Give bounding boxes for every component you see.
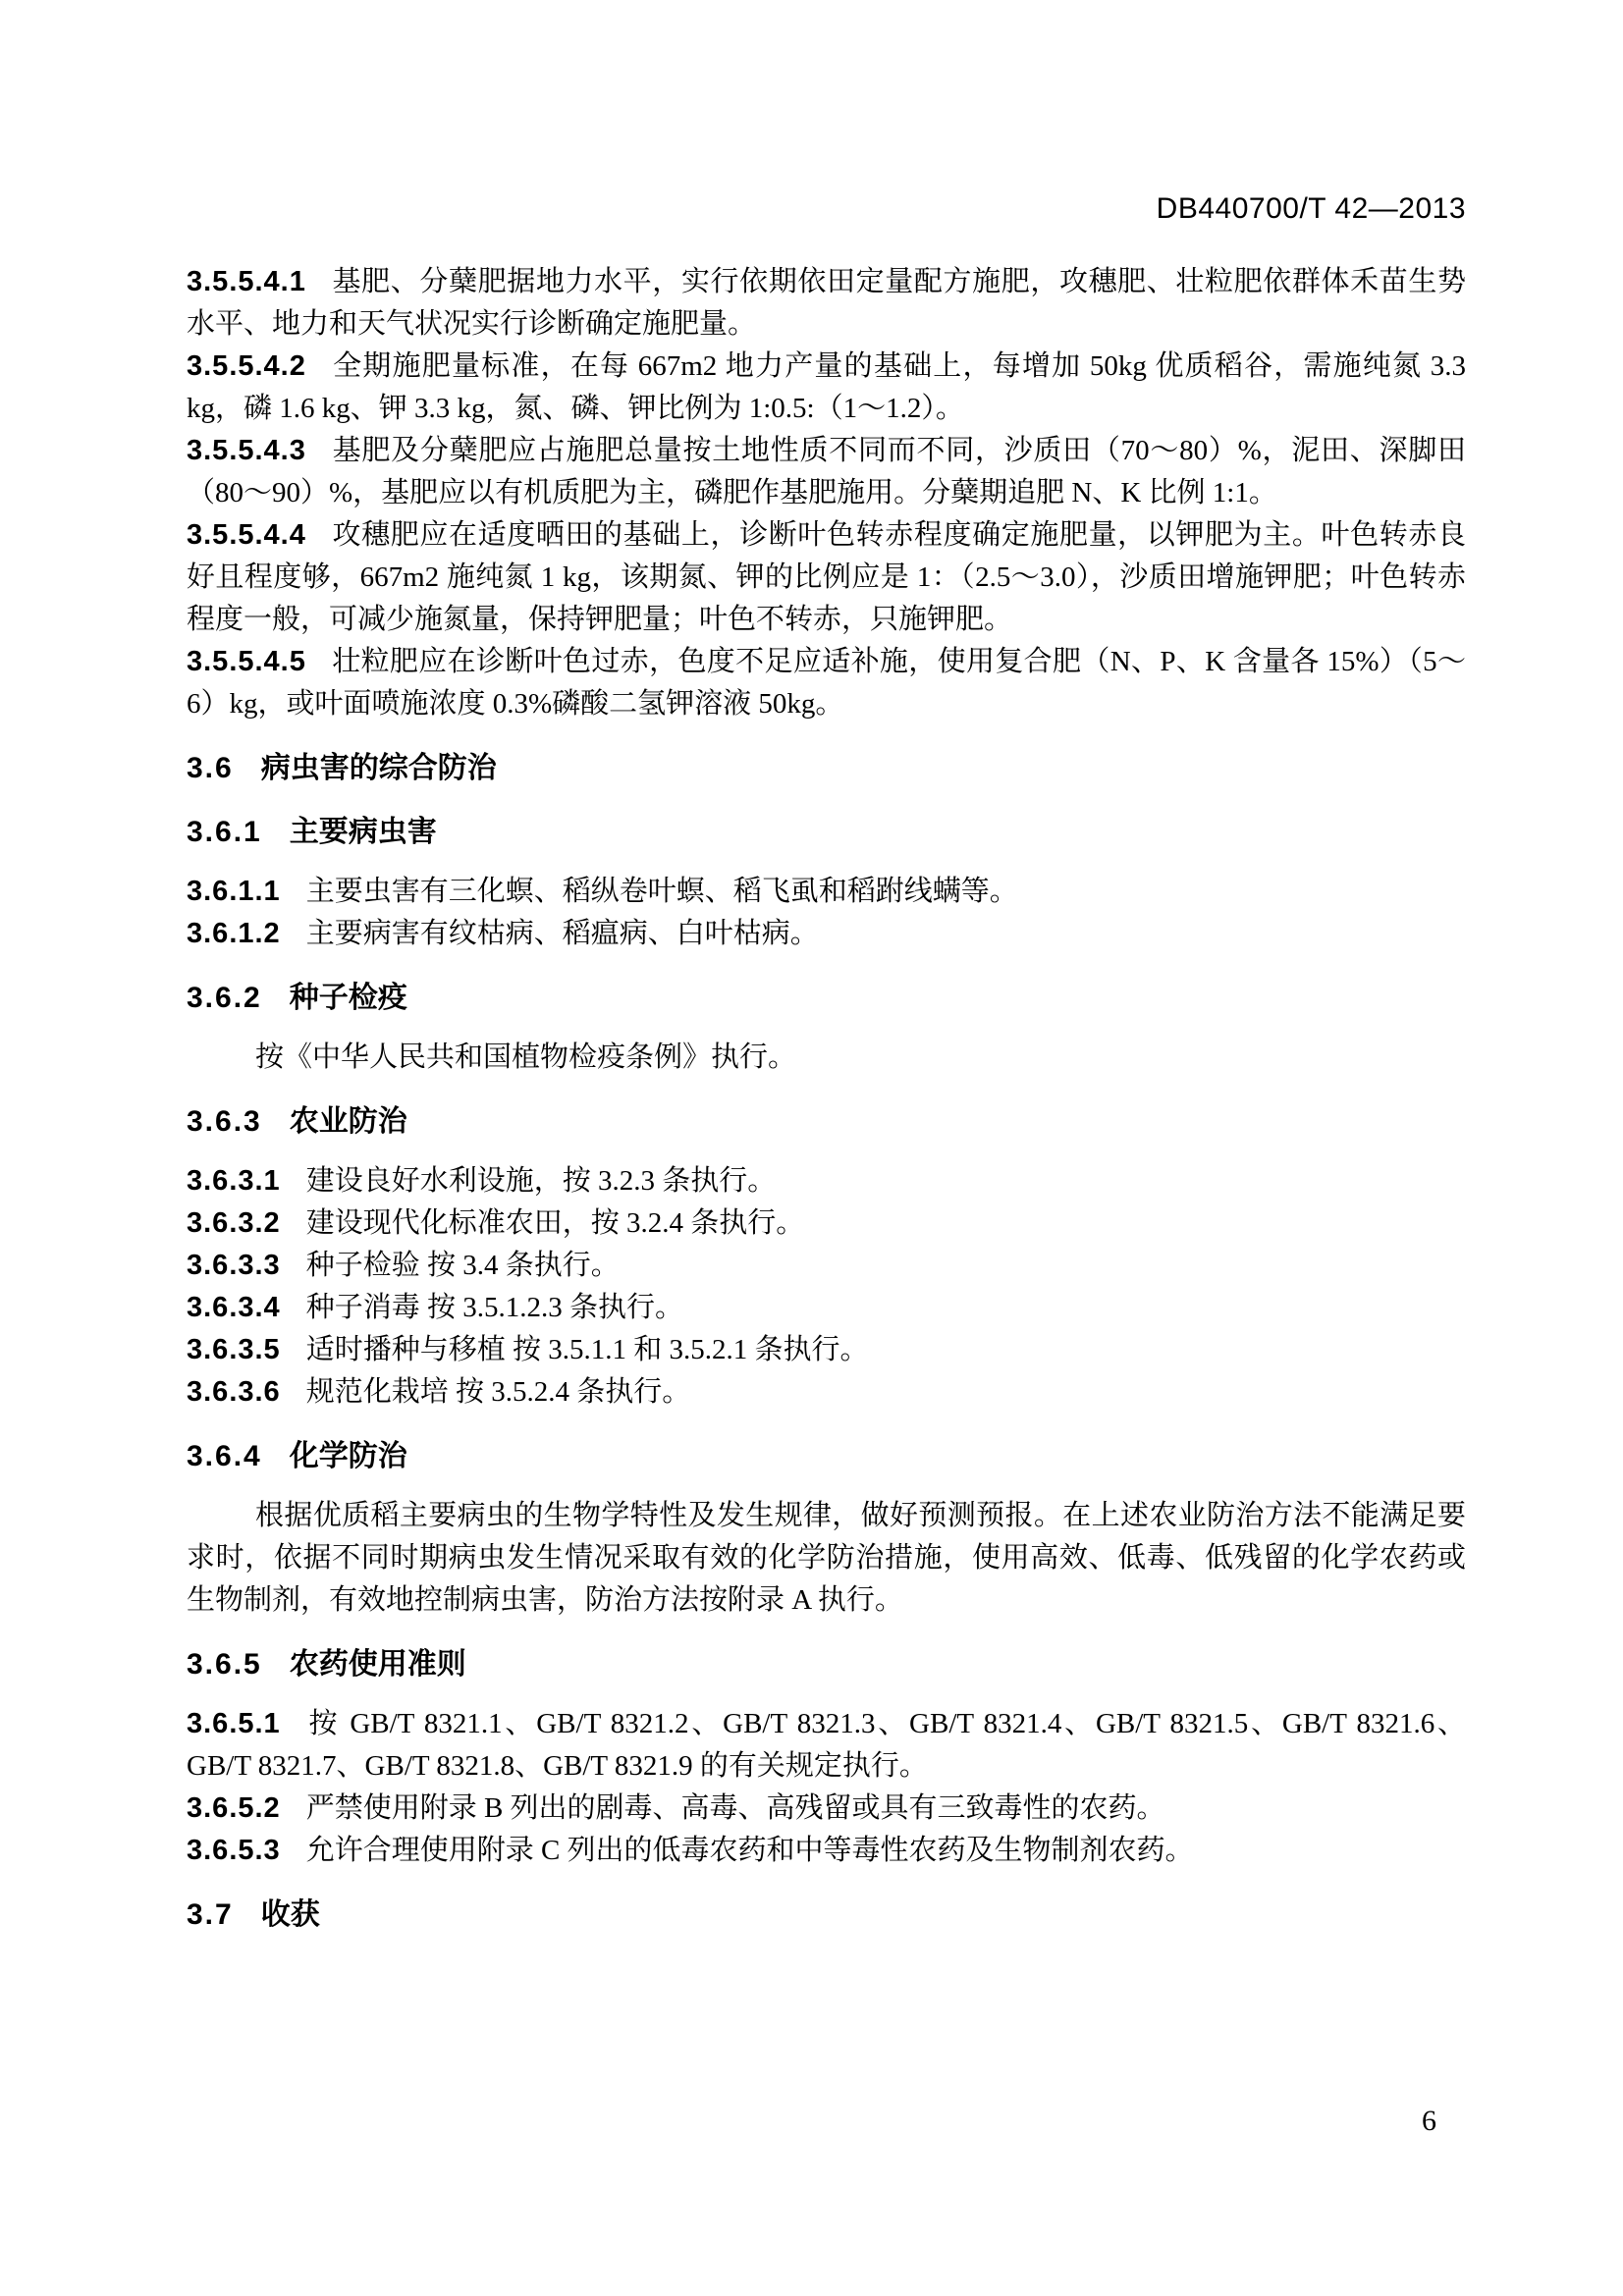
- clause-number: 3.6.3.2: [187, 1207, 281, 1239]
- clause-text: 主要虫害有三化螟、稻纵卷叶螟、稻飞虱和稻跗线螨等。: [306, 876, 1018, 907]
- clause-text: 壮粒肥应在诊断叶色过赤，色度不足应适补施，使用复合肥（N、P、K 含量各 15%…: [187, 646, 1466, 720]
- heading-number: 3.6.1: [187, 816, 262, 848]
- clause-text: 基肥、分蘖肥据地力水平，实行依期依田定量配方施肥，攻穗肥、壮粒肥依群体禾苗生势水…: [187, 266, 1466, 340]
- heading-text: 收获: [261, 1898, 320, 1931]
- clause-number: 3.6.3.5: [187, 1334, 281, 1365]
- clause-text: 种子检验 按 3.4 条执行。: [306, 1250, 620, 1281]
- section-heading-3-6-4: 3.6.4化学防治: [187, 1435, 1466, 1477]
- clause-3-5-5-4-3: 3.5.5.4.3基肥及分蘖肥应占施肥总量按土地性质不同而不同，沙质田（70～8…: [187, 430, 1466, 514]
- section-heading-3-6-5: 3.6.5农药使用准则: [187, 1643, 1466, 1685]
- heading-number: 3.6.3: [187, 1105, 262, 1138]
- clause-number: 3.5.5.4.2: [187, 350, 306, 382]
- clause-3-5-5-4-2: 3.5.5.4.2全期施肥量标准，在每 667m2 地力产量的基础上，每增加 5…: [187, 346, 1466, 430]
- paragraph-text: 按《中华人民共和国植物检疫条例》执行。: [255, 1041, 796, 1073]
- heading-text: 病虫害的综合防治: [261, 752, 497, 784]
- clause-text: 建设现代化标准农田，按 3.2.4 条执行。: [306, 1207, 805, 1239]
- clause-3-6-5-3: 3.6.5.3允许合理使用附录 C 列出的低毒农药和中等毒性农药及生物制剂农药。: [187, 1830, 1466, 1872]
- clause-text: 按 GB/T 8321.1、GB/T 8321.2、GB/T 8321.3、GB…: [187, 1708, 1466, 1782]
- heading-text: 农业防治: [290, 1105, 407, 1138]
- section-heading-3-6-2: 3.6.2种子检疫: [187, 977, 1466, 1019]
- section-heading-3-6: 3.6病虫害的综合防治: [187, 747, 1466, 789]
- clause-text: 规范化栽培 按 3.5.2.4 条执行。: [306, 1376, 691, 1408]
- document-content: 3.5.5.4.1基肥、分蘖肥据地力水平，实行依期依田定量配方施肥，攻穗肥、壮粒…: [187, 261, 1466, 1953]
- clause-number: 3.5.5.4.4: [187, 519, 306, 551]
- clause-number: 3.5.5.4.1: [187, 266, 306, 297]
- clause-text: 主要病害有纹枯病、稻瘟病、白叶枯病。: [306, 918, 819, 949]
- clause-number: 3.5.5.4.5: [187, 646, 306, 677]
- clause-number: 3.6.5.2: [187, 1792, 281, 1824]
- clause-number: 3.6.1.1: [187, 876, 281, 907]
- heading-number: 3.6.2: [187, 982, 262, 1014]
- clause-3-6-3-5: 3.6.3.5适时播种与移植 按 3.5.1.1 和 3.5.2.1 条执行。: [187, 1329, 1466, 1371]
- clause-text: 建设良好水利设施，按 3.2.3 条执行。: [306, 1165, 777, 1197]
- clause-number: 3.6.3.6: [187, 1376, 281, 1408]
- clause-text: 允许合理使用附录 C 列出的低毒农药和中等毒性农药及生物制剂农药。: [306, 1835, 1194, 1866]
- standard-number-header: DB440700/T 42—2013: [1157, 192, 1466, 226]
- clause-3-6-3-1: 3.6.3.1建设良好水利设施，按 3.2.3 条执行。: [187, 1160, 1466, 1202]
- heading-text: 主要病虫害: [290, 816, 437, 848]
- clause-number: 3.5.5.4.3: [187, 435, 306, 466]
- paragraph-text: 根据优质稻主要病虫的生物学特性及发生规律，做好预测预报。在上述农业防治方法不能满…: [187, 1500, 1466, 1616]
- clause-3-6-3-6: 3.6.3.6规范化栽培 按 3.5.2.4 条执行。: [187, 1371, 1466, 1414]
- heading-number: 3.7: [187, 1898, 234, 1931]
- clause-3-6-3-2: 3.6.3.2建设现代化标准农田，按 3.2.4 条执行。: [187, 1202, 1466, 1245]
- heading-text: 种子检疫: [290, 982, 407, 1014]
- clause-number: 3.6.5.1: [187, 1708, 281, 1739]
- section-heading-3-7: 3.7收获: [187, 1894, 1466, 1936]
- section-heading-3-6-3: 3.6.3农业防治: [187, 1100, 1466, 1143]
- clause-number: 3.6.1.2: [187, 918, 281, 949]
- heading-number: 3.6.5: [187, 1648, 262, 1681]
- heading-number: 3.6.4: [187, 1440, 262, 1472]
- heading-text: 农药使用准则: [290, 1648, 466, 1681]
- clause-3-6-5-1: 3.6.5.1按 GB/T 8321.1、GB/T 8321.2、GB/T 83…: [187, 1703, 1466, 1788]
- clause-3-6-3-4: 3.6.3.4种子消毒 按 3.5.1.2.3 条执行。: [187, 1287, 1466, 1329]
- clause-3-6-1-2: 3.6.1.2主要病害有纹枯病、稻瘟病、白叶枯病。: [187, 913, 1466, 955]
- clause-number: 3.6.3.4: [187, 1292, 281, 1323]
- clause-3-5-5-4-5: 3.5.5.4.5壮粒肥应在诊断叶色过赤，色度不足应适补施，使用复合肥（N、P、…: [187, 641, 1466, 725]
- heading-text: 化学防治: [290, 1440, 407, 1472]
- page-number: 6: [1422, 2105, 1436, 2138]
- clause-text: 种子消毒 按 3.5.1.2.3 条执行。: [306, 1292, 683, 1323]
- clause-number: 3.6.3.1: [187, 1165, 281, 1197]
- clause-number: 3.6.3.3: [187, 1250, 281, 1281]
- paragraph-chemical-control: 根据优质稻主要病虫的生物学特性及发生规律，做好预测预报。在上述农业防治方法不能满…: [187, 1495, 1466, 1622]
- heading-number: 3.6: [187, 752, 234, 784]
- clause-text: 严禁使用附录 B 列出的剧毒、高毒、高残留或具有三致毒性的农药。: [306, 1792, 1165, 1824]
- clause-text: 全期施肥量标准，在每 667m2 地力产量的基础上，每增加 50kg 优质稻谷，…: [187, 350, 1466, 424]
- clause-3-5-5-4-4: 3.5.5.4.4攻穗肥应在适度晒田的基础上，诊断叶色转赤程度确定施肥量，以钾肥…: [187, 514, 1466, 641]
- clause-3-6-5-2: 3.6.5.2严禁使用附录 B 列出的剧毒、高毒、高残留或具有三致毒性的农药。: [187, 1788, 1466, 1830]
- section-heading-3-6-1: 3.6.1主要病虫害: [187, 811, 1466, 853]
- paragraph-seed-quarantine: 按《中华人民共和国植物检疫条例》执行。: [187, 1037, 1466, 1079]
- clause-text: 攻穗肥应在适度晒田的基础上，诊断叶色转赤程度确定施肥量，以钾肥为主。叶色转赤良好…: [187, 519, 1466, 635]
- clause-text: 适时播种与移植 按 3.5.1.1 和 3.5.2.1 条执行。: [306, 1334, 869, 1365]
- clause-3-6-3-3: 3.6.3.3种子检验 按 3.4 条执行。: [187, 1245, 1466, 1287]
- clause-3-5-5-4-1: 3.5.5.4.1基肥、分蘖肥据地力水平，实行依期依田定量配方施肥，攻穗肥、壮粒…: [187, 261, 1466, 346]
- clause-number: 3.6.5.3: [187, 1835, 281, 1866]
- clause-text: 基肥及分蘖肥应占施肥总量按土地性质不同而不同，沙质田（70～80）%，泥田、深脚…: [187, 435, 1466, 508]
- clause-3-6-1-1: 3.6.1.1主要虫害有三化螟、稻纵卷叶螟、稻飞虱和稻跗线螨等。: [187, 871, 1466, 913]
